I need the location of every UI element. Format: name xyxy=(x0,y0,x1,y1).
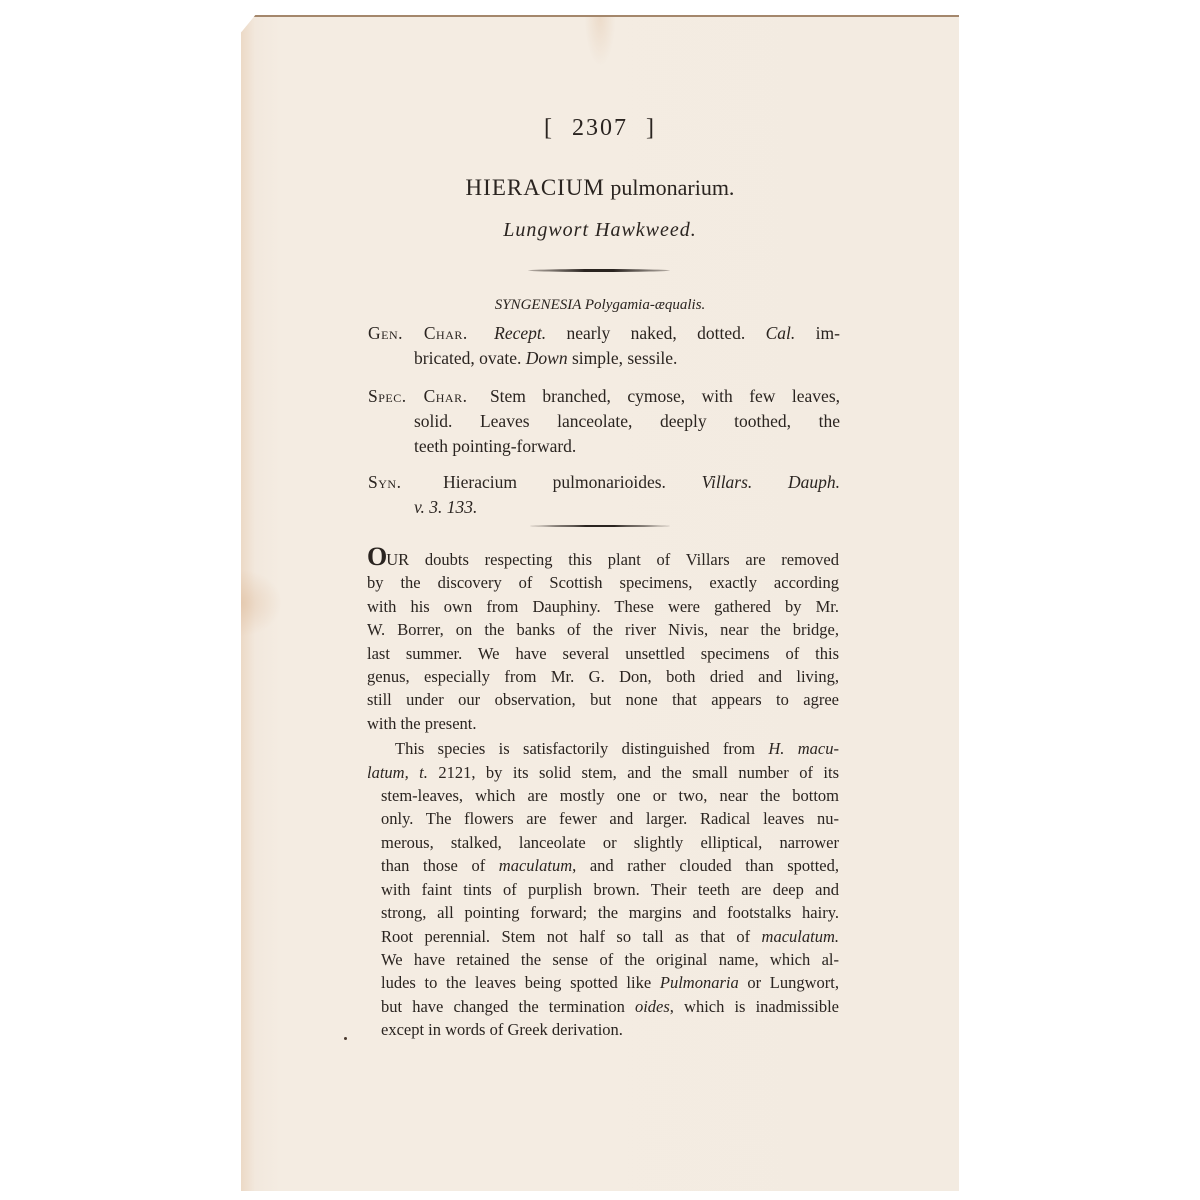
italic-term: maculatum xyxy=(499,856,572,875)
species-name: pulmonarium. xyxy=(610,175,734,200)
synonym: Syn. Hieracium pulmonarioides. Villars. … xyxy=(368,470,840,520)
text-line: Root perennial. Stem not half so tall as… xyxy=(381,927,762,946)
italic-term: oides xyxy=(635,997,670,1016)
ornamental-rule-middle xyxy=(530,525,670,527)
text-line: or Lungwort, xyxy=(739,973,839,992)
drop-cap-rest: UR xyxy=(386,550,409,569)
text-line: ludes to the leaves being spotted like xyxy=(381,973,660,992)
text-line: , and rather clouded than spotted, xyxy=(572,856,839,875)
italic-term: Pulmonaria xyxy=(660,973,739,992)
bracket-open: [ xyxy=(544,115,554,141)
plate-number-value: 2307 xyxy=(554,115,646,141)
plate-number: [2307] xyxy=(241,115,959,142)
gen-char-term: Down xyxy=(526,348,568,368)
description-body: OUR doubts respecting this plant of Vill… xyxy=(367,545,839,1042)
spec-char-text: solid. Leaves lanceolate, deeply toothed… xyxy=(368,409,840,434)
text-line: only. The flowers are fewer and larger. … xyxy=(367,807,839,830)
synonym-reference: Villars. Dauph. xyxy=(702,472,840,492)
gen-char-label: Gen. Char. xyxy=(368,323,468,343)
text-line: 2121, by its solid stem, and the small n… xyxy=(428,763,839,782)
text-line: , which is inadmissible xyxy=(670,997,839,1016)
gen-char-text: nearly naked, dotted. xyxy=(546,323,766,343)
synonym-reference: v. 3. 133. xyxy=(414,497,477,517)
linnaean-classification: SYNGENESIA Polygamia-æqualis. xyxy=(241,297,959,314)
text-line: genus, especially from Mr. G. Don, both … xyxy=(367,665,839,688)
text-line: strong, all pointing forward; the margin… xyxy=(367,901,839,924)
gen-char-term: Cal. xyxy=(766,323,796,343)
common-name: Lungwort Hawkweed. xyxy=(241,219,959,242)
paragraph-2: This species is satisfactorily distingui… xyxy=(367,737,839,1041)
gen-char-text: bricated, ovate. xyxy=(414,348,526,368)
text-line: still under our observation, but none th… xyxy=(367,688,839,711)
text-line: except in words of Greek derivation. xyxy=(367,1018,839,1041)
text-line: This species is satisfactorily distingui… xyxy=(395,739,768,758)
text-line: last summer. We have several unsettled s… xyxy=(367,642,839,665)
text-line: than those of xyxy=(381,856,499,875)
text-line: stem-leaves, which are mostly one or two… xyxy=(367,784,839,807)
spec-char-text: teeth pointing-forward. xyxy=(368,434,840,459)
genus-name: HIERACIUM xyxy=(466,175,605,200)
text-line: by the discovery of Scottish specimens, … xyxy=(367,571,839,594)
ornamental-rule-top xyxy=(528,269,670,272)
text-line: merous, stalked, lanceolate or slightly … xyxy=(367,831,839,854)
drop-cap: O xyxy=(367,542,386,571)
paper-speck xyxy=(344,1037,347,1040)
book-page: [2307] HIERACIUM pulmonarium. Lungwort H… xyxy=(241,15,959,1191)
gen-char-text: im- xyxy=(795,323,840,343)
italic-term: H. macu- xyxy=(768,739,839,758)
text-line: W. Borrer, on the banks of the river Niv… xyxy=(367,618,839,641)
italic-term: maculatum. xyxy=(762,927,839,946)
bracket-close: ] xyxy=(646,115,656,141)
paragraph-1: OUR doubts respecting this plant of Vill… xyxy=(367,545,839,735)
text-line: but have changed the termination xyxy=(381,997,635,1016)
spec-char-text: Stem branched, cymose, with few leaves, xyxy=(490,386,840,406)
gen-char-term: Recept. xyxy=(494,323,546,343)
text-line: doubts respecting this plant of Villars … xyxy=(409,550,839,569)
text-line: We have retained the sense of the origin… xyxy=(367,948,839,971)
gen-char-text: simple, sessile. xyxy=(568,348,678,368)
species-title: HIERACIUM pulmonarium. xyxy=(241,175,959,201)
italic-term: latum, t. xyxy=(367,763,428,782)
specific-character: Spec. Char. Stem branched, cymose, with … xyxy=(368,384,840,459)
syn-label: Syn. xyxy=(368,472,401,492)
synonym-name: Hieracium pulmonarioides. xyxy=(443,472,666,492)
text-line: with the present. xyxy=(367,712,839,735)
generic-character: Gen. Char. Recept. nearly naked, dotted.… xyxy=(368,321,840,371)
text-line: with his own from Dauphiny. These were g… xyxy=(367,595,839,618)
spec-char-label: Spec. Char. xyxy=(368,386,467,406)
text-line: with faint tints of purplish brown. Thei… xyxy=(367,878,839,901)
